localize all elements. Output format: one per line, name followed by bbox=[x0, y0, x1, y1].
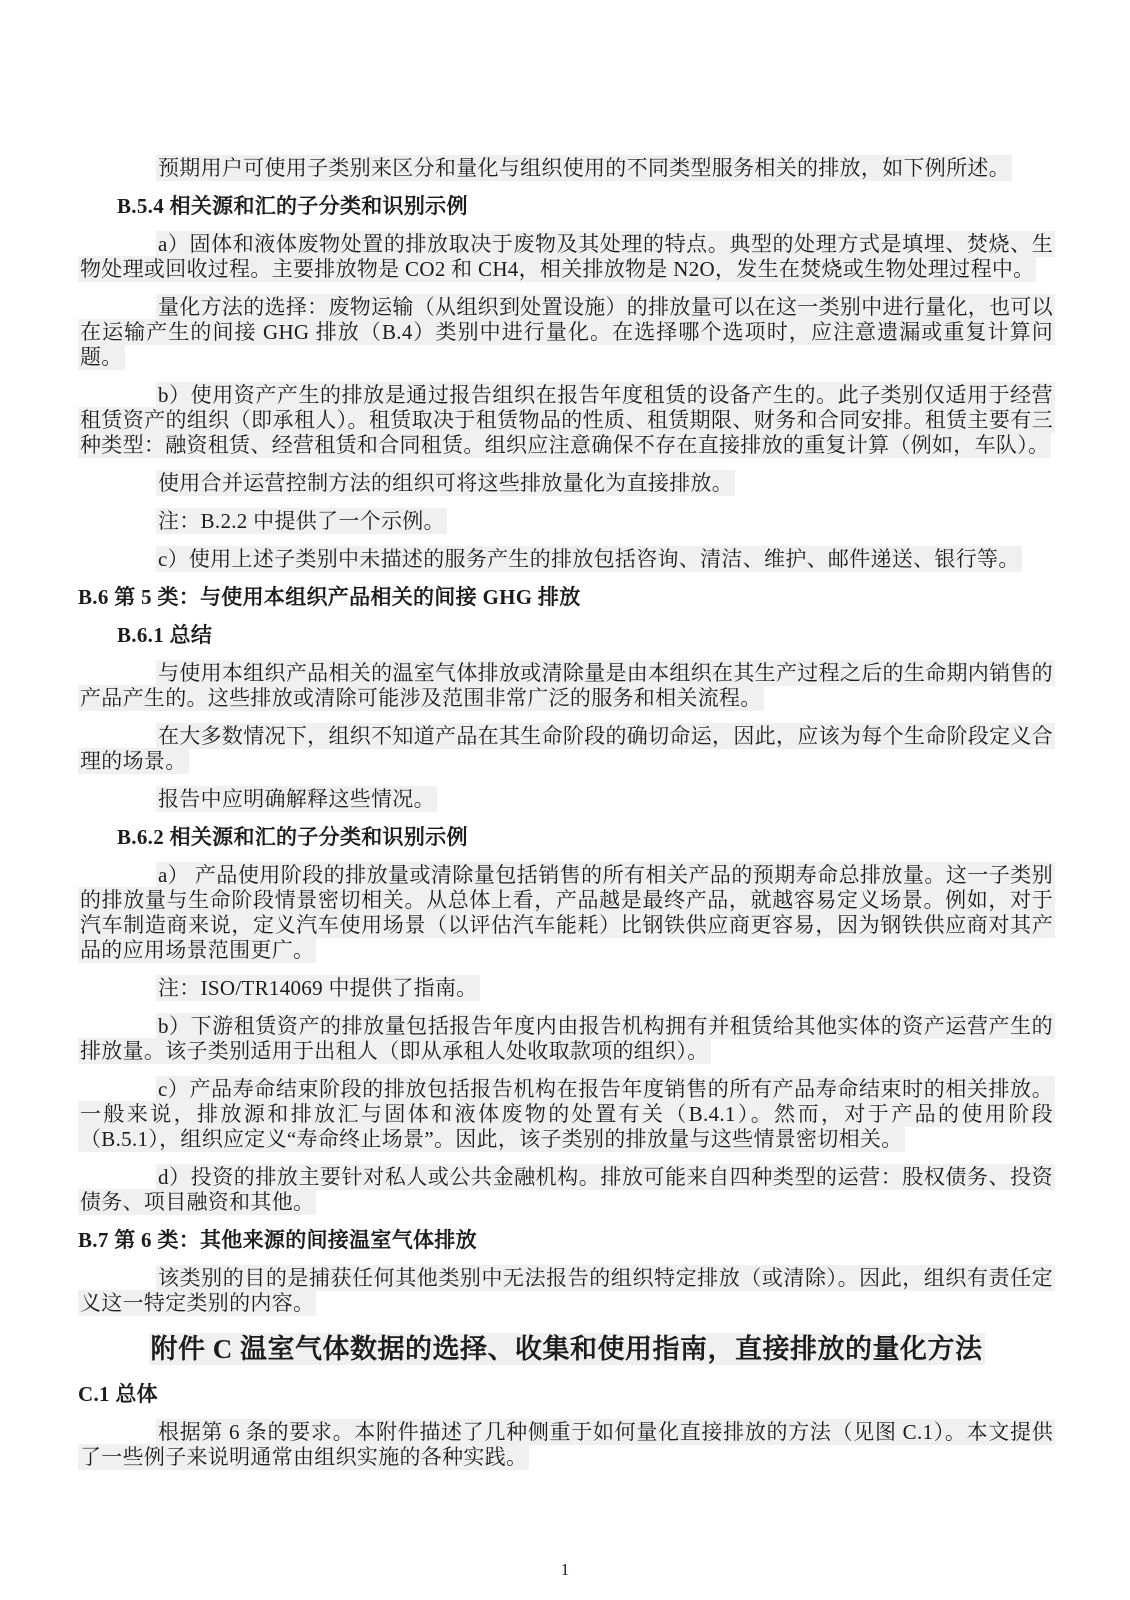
annex-c-title: 附件 C 温室气体数据的选择、收集和使用指南，直接排放的量化方法 bbox=[78, 1329, 1055, 1369]
paragraph-text: 根据第 6 条的要求。本附件描述了几种侧重于如何量化直接排放的方法（见图 C.1… bbox=[78, 1419, 1055, 1470]
paragraph-annex-c-intro: 根据第 6 条的要求。本附件描述了几种侧重于如何量化直接排放的方法（见图 C.1… bbox=[78, 1420, 1055, 1470]
heading-c1: C.1 总体 bbox=[78, 1382, 1055, 1407]
document-page: 预期用户可使用子类别来区分和量化与组织使用的不同类型服务相关的排放，如下例所述。… bbox=[0, 0, 1130, 1600]
heading-b7: B.7 第 6 类：其他来源的间接温室气体排放 bbox=[78, 1228, 1055, 1253]
note-b2-2: 注：B.2.2 中提供了一个示例。 bbox=[78, 509, 1055, 534]
heading-b5-4: B.5.4 相关源和汇的子分类和识别示例 bbox=[78, 194, 1055, 219]
paragraph-text: 注：ISO/TR14069 中提供了指南。 bbox=[156, 975, 480, 1001]
note-iso-tr14069: 注：ISO/TR14069 中提供了指南。 bbox=[78, 976, 1055, 1001]
paragraph-waste-disposal: a）固体和液体废物处置的排放取决于废物及其处理的特点。典型的处理方式是填埋、焚烧… bbox=[78, 232, 1055, 282]
paragraph-product-use-emissions: 与使用本组织产品相关的温室气体排放或清除量是由本组织在其生产过程之后的生命期内销… bbox=[78, 661, 1055, 711]
paragraph-text: c）使用上述子类别中未描述的服务产生的排放包括咨询、清洁、维护、邮件递送、银行等… bbox=[156, 546, 1022, 572]
document-body: 预期用户可使用子类别来区分和量化与组织使用的不同类型服务相关的排放，如下例所述。… bbox=[78, 156, 1055, 1483]
heading-b6-1: B.6.1 总结 bbox=[78, 623, 1055, 648]
paragraph-text: a）固体和液体废物处置的排放取决于废物及其处理的特点。典型的处理方式是填埋、焚烧… bbox=[78, 231, 1055, 282]
paragraph-quantification-choice: 量化方法的选择：废物运输（从组织到处置设施）的排放量可以在这一类别中进行量化，也… bbox=[78, 295, 1055, 370]
paragraph-end-of-life: c）产品寿命结束阶段的排放包括报告机构在报告年度销售的所有产品寿命结束时的相关排… bbox=[78, 1077, 1055, 1152]
heading-b6-2: B.6.2 相关源和汇的子分类和识别示例 bbox=[78, 825, 1055, 850]
paragraph-text: 报告中应明确解释这些情况。 bbox=[156, 786, 437, 812]
paragraph-text: 该类别的目的是捕获任何其他类别中无法报告的组织特定排放（或清除）。因此，组织有责… bbox=[78, 1265, 1055, 1316]
paragraph-other-services: c）使用上述子类别中未描述的服务产生的排放包括咨询、清洁、维护、邮件递送、银行等… bbox=[78, 547, 1055, 572]
annex-title-text: 附件 C 温室气体数据的选择、收集和使用指南，直接排放的量化方法 bbox=[149, 1333, 985, 1365]
paragraph-text: 使用合并运营控制方法的组织可将这些排放量化为直接排放。 bbox=[156, 470, 735, 496]
paragraph-text: d）投资的排放主要针对私人或公共金融机构。排放可能来自四种类型的运营：股权债务、… bbox=[78, 1164, 1055, 1215]
paragraph-text: 在大多数情况下，组织不知道产品在其生命阶段的确切命运，因此，应该为每个生命阶段定… bbox=[78, 723, 1055, 774]
paragraph-other-sources: 该类别的目的是捕获任何其他类别中无法报告的组织特定排放（或清除）。因此，组织有责… bbox=[78, 1266, 1055, 1316]
paragraph-investments: d）投资的排放主要针对私人或公共金融机构。排放可能来自四种类型的运营：股权债务、… bbox=[78, 1165, 1055, 1215]
paragraph-text: 量化方法的选择：废物运输（从组织到处置设施）的排放量可以在这一类别中进行量化，也… bbox=[78, 294, 1055, 370]
paragraph-report-explain: 报告中应明确解释这些情况。 bbox=[78, 787, 1055, 812]
paragraph-text: a） 产品使用阶段的排放量或清除量包括销售的所有相关产品的预期寿命总排放量。这一… bbox=[78, 862, 1055, 963]
paragraph-text: c）产品寿命结束阶段的排放包括报告机构在报告年度销售的所有产品寿命结束时的相关排… bbox=[78, 1076, 1055, 1152]
paragraph-text: b）下游租赁资产的排放量包括报告年度内由报告机构拥有并租赁给其他实体的资产运营产… bbox=[78, 1013, 1055, 1064]
paragraph-text: 与使用本组织产品相关的温室气体排放或清除量是由本组织在其生产过程之后的生命期内销… bbox=[78, 660, 1055, 711]
paragraph-use-stage: a） 产品使用阶段的排放量或清除量包括销售的所有相关产品的预期寿命总排放量。这一… bbox=[78, 863, 1055, 963]
paragraph-consolidated-control: 使用合并运营控制方法的组织可将这些排放量化为直接排放。 bbox=[78, 471, 1055, 496]
paragraph-leased-assets: b）使用资产产生的排放是通过报告组织在报告年度租赁的设备产生的。此子类别仅适用于… bbox=[78, 383, 1055, 458]
heading-b6: B.6 第 5 类：与使用本组织产品相关的间接 GHG 排放 bbox=[78, 585, 1055, 610]
paragraph-downstream-leased: b）下游租赁资产的排放量包括报告年度内由报告机构拥有并租赁给其他实体的资产运营产… bbox=[78, 1014, 1055, 1064]
paragraph-intended-users: 预期用户可使用子类别来区分和量化与组织使用的不同类型服务相关的排放，如下例所述。 bbox=[78, 156, 1055, 181]
paragraph-text: 预期用户可使用子类别来区分和量化与组织使用的不同类型服务相关的排放，如下例所述。 bbox=[156, 155, 1012, 181]
paragraph-life-stage-scenarios: 在大多数情况下，组织不知道产品在其生命阶段的确切命运，因此，应该为每个生命阶段定… bbox=[78, 724, 1055, 774]
paragraph-text: b）使用资产产生的排放是通过报告组织在报告年度租赁的设备产生的。此子类别仅适用于… bbox=[78, 382, 1055, 458]
paragraph-text: 注：B.2.2 中提供了一个示例。 bbox=[156, 508, 447, 534]
page-number: 1 bbox=[0, 1560, 1130, 1580]
